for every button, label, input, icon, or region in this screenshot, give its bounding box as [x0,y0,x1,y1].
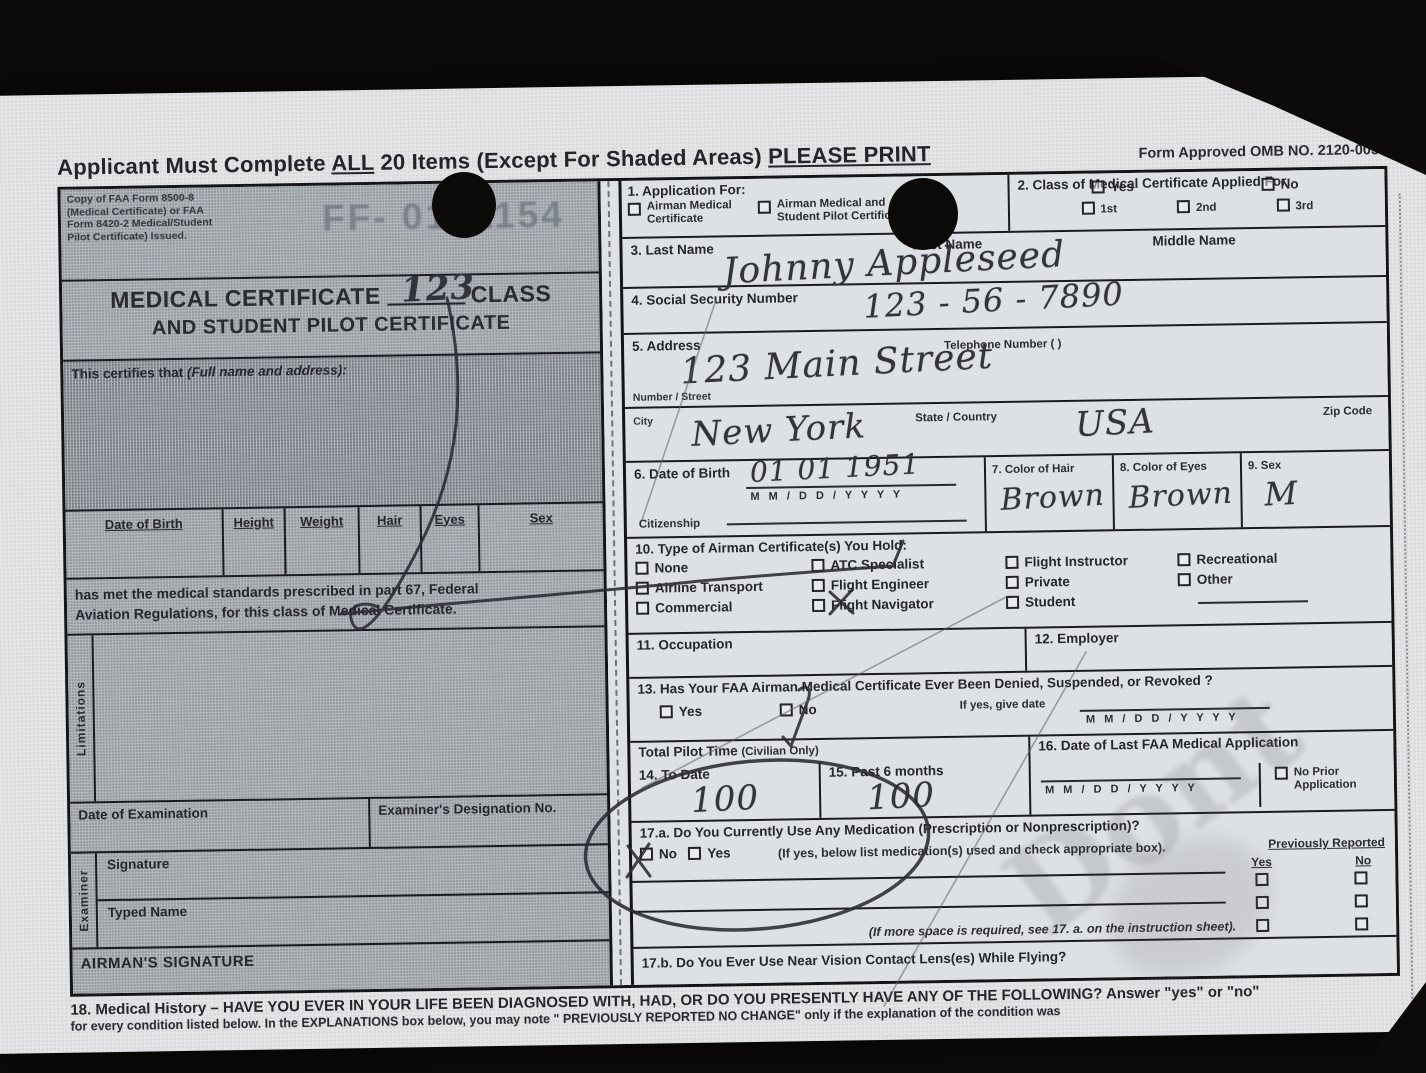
prev-yes-checkbox-2[interactable] [1256,896,1269,909]
student-checkbox[interactable] [1006,596,1019,609]
item-13-row: 13. Has Your FAA Airman Medical Certific… [629,667,1393,743]
other-label: Other [1197,571,1233,587]
airman-medical-checkbox[interactable] [628,203,641,216]
item-8-eyes: 8. Color of Eyes Brown [1114,453,1243,529]
header-instruction-mid: 20 Items (Except For Shaded Areas) [380,144,762,175]
class-3rd-label: 3rd [1295,200,1313,212]
form-main-box: Copy of FAA Form 8500-8 (Medical Certifi… [57,166,1400,997]
examiner-label: Examiner [76,869,91,931]
examiners-designation-label: Examiner's Designation No. [370,795,608,847]
occupation-label: 11. Occupation [629,629,1028,677]
no-prior-line2: Application [1294,778,1357,792]
no-prior-application-checkbox[interactable] [1275,767,1288,780]
item-6-date-of-birth: 6. Date of Birth 01 01 1951 M M / D D / … [626,457,987,537]
application-column: 1. Application For: Airman MedicalCertif… [618,169,1397,985]
medication-line-1 [632,872,1225,883]
pilot-time-and-item-16-row: Total Pilot Time (Civilian Only) 14. To … [630,731,1394,823]
punch-hole-right [888,178,958,250]
employer-label: 12. Employer [1026,623,1392,671]
ssn-label: 4. Social Security Number [631,290,798,308]
copy-note-and-serial: Copy of FAA Form 8500-8 (Medical Certifi… [60,181,598,281]
item-2-label: 2. Class of Medical Certificate Applied … [1017,172,1376,193]
class-1st-checkbox[interactable] [1081,202,1094,215]
q13-yes-checkbox[interactable] [660,705,673,718]
q13-yes-label: Yes [679,704,703,719]
copy-note: Copy of FAA Form 8500-8 (Medical Certifi… [67,190,296,276]
item-16-label: 16. Date of Last FAA Medical Application [1038,733,1385,753]
perforation-dotted-line [1399,194,1414,1034]
item-18-label: 18. Medical History – [70,999,219,1018]
flight-navigator-label: Flight Navigator [831,596,934,613]
item-2-class-applied: 2. Class of Medical Certificate Applied … [1009,169,1385,231]
q13-no-label: No [799,702,817,717]
prev-yes-checkbox-3[interactable] [1256,919,1269,932]
photo-of-faa-medical-form: Applicant Must Complete ALL 20 Items (Ex… [0,0,1426,1073]
q17a-no-label: No [659,846,677,861]
certificate-copy-column: Copy of FAA Form 8500-8 (Medical Certifi… [60,181,613,993]
certificate-title-line1: MEDICAL CERTIFICATE123CLASS [62,279,599,314]
pilot-time-subheader: (Civilian Only) [741,745,819,758]
item-9-sex: 9. Sex M [1242,451,1390,527]
th-eyes: Eyes [421,505,479,532]
prev-yes-checkbox-1[interactable] [1255,873,1268,886]
airmans-signature-label: AIRMAN'S SIGNATURE [72,941,610,993]
punch-hole-left [432,172,496,238]
recreational-label: Recreational [1196,551,1277,567]
header-instruction-pre: Applicant Must Complete [57,151,326,180]
handwritten-country: USA [1074,401,1155,445]
header-please-print: PLEASE PRINT [768,141,931,169]
state-country-label: State / Country [915,411,997,424]
other-checkbox[interactable] [1178,573,1191,586]
handwritten-street: 123 Main Street [679,336,994,393]
citizenship-write-line [727,520,967,526]
item-17a-row: 17.a. Do You Currently Use Any Medicatio… [631,811,1396,949]
private-checkbox[interactable] [1006,576,1019,589]
class-2nd-checkbox[interactable] [1177,200,1190,213]
th-hair: Hair [360,506,422,533]
item-7-hair: 7. Color of Hair Brown [986,455,1115,531]
header-instruction-all: ALL [331,150,374,176]
faa-form-8500-8: Applicant Must Complete ALL 20 Items (Ex… [57,134,1401,1034]
commercial-checkbox[interactable] [636,602,649,615]
class-1st-label: 1st [1100,203,1117,215]
opt-airman-medical-line2: Certificate [647,212,732,226]
item-5-address-row: 5. Address Telephone Number ( ) 123 Main… [624,323,1388,409]
airline-transport-checkbox[interactable] [636,582,649,595]
q17a-no-checkbox[interactable] [640,848,653,861]
examiner-signature-label: Signature [97,845,609,901]
date-of-examination-label: Date of Examination [70,799,371,852]
q17b-yes-label: Yes [1110,179,1134,194]
vitals-table-empty-row [66,529,604,577]
class-write-in-line: 123 [387,302,465,305]
q17a-yes-label: Yes [707,845,731,860]
if-yes-give-date-label: If yes, give date [960,698,1046,711]
atc-specialist-checkbox[interactable] [811,559,824,572]
number-street-label: Number / Street [633,391,711,404]
certificate-title-line2: AND STUDENT PILOT CERTIFICATE [63,310,600,341]
td-eyes [422,531,481,572]
handwritten-city: New York [690,406,866,455]
hair-label: 7. Color of Hair [992,463,1075,476]
limitations-blank-area [93,627,607,801]
examiner-typed-name-label: Typed Name [98,893,610,947]
handwritten-eyes: Brown [1128,476,1234,516]
certifies-label: This certifies that [71,365,183,382]
handwritten-6month-hours: 100 [866,775,936,818]
q17b-no-label: No [1280,176,1298,191]
th-sex: Sex [479,503,602,531]
flight-instructor-label: Flight Instructor [1024,553,1128,570]
limitations-label-cell: Limitations [67,635,96,801]
certifies-label-italic: (Full name and address): [187,362,347,380]
td-sex [480,529,604,571]
q13-date-mask: M M / D D / Y Y Y Y [1086,711,1239,725]
recreational-checkbox[interactable] [1177,553,1190,566]
q16-date-line [1041,777,1241,782]
vitals-table: Date of Birth Height Weight Hair Eyes Se… [66,503,604,579]
title-class-word: CLASS [471,280,552,307]
dob-label: 6. Date of Birth [634,465,730,482]
examiner-label-cell: Examiner [71,853,98,947]
flight-engineer-checkbox[interactable] [812,579,825,592]
commercial-label: Commercial [655,599,733,615]
no-prior-line1: No Prior [1294,765,1357,779]
flight-instructor-checkbox[interactable] [1005,556,1018,569]
limitations-box: Limitations [67,627,607,803]
item-16-last-application: 16. Date of Last FAA Medical Application… [1030,731,1394,815]
zip-code-label: Zip Code [1323,405,1372,418]
medical-standards-note: has met the medical standards prescribed… [67,571,605,635]
previously-reported-checkboxes [1255,871,1374,932]
airline-transport-label: Airline Transport [655,579,763,596]
prev-no-checkbox-1[interactable] [1354,871,1367,884]
examiner-block: Examiner Signature Typed Name [71,845,609,949]
class-2nd-label: 2nd [1196,202,1217,214]
last-name-label: 3. Last Name [630,242,714,258]
td-date-of-birth [66,535,225,577]
flight-engineer-label: Flight Engineer [831,576,929,593]
item-18-answer-note: Answer "yes" or "no" [1106,983,1260,1002]
other-write-line [1198,600,1308,604]
examination-row: Date of Examination Examiner's Designati… [70,795,608,853]
item-10-certificates-row: 10. Type of Airman Certificate(s) You Ho… [627,527,1391,635]
prev-yes-label: Yes [1251,855,1272,869]
flight-navigator-checkbox[interactable] [812,599,825,612]
th-date-of-birth: Date of Birth [66,509,224,537]
q16-divider [1259,763,1262,807]
atc-specialist-label: ATC Specialist [830,556,924,572]
paper-sheet: Applicant Must Complete ALL 20 Items (Ex… [0,73,1426,1054]
title-medical-certificate: MEDICAL CERTIFICATE [110,283,381,313]
q13-date-line [1080,707,1270,712]
q16-date-mask: M M / D D / Y Y Y Y [1045,782,1198,796]
prev-no-label: No [1355,853,1371,867]
q13-no-checkbox[interactable] [780,703,793,716]
td-height [224,534,287,575]
item-6-7-8-9-row: 6. Date of Birth 01 01 1951 M M / D D / … [626,451,1390,539]
prev-no-checkbox-3[interactable] [1355,917,1368,930]
eyes-label: 8. Color of Eyes [1120,461,1207,474]
private-label: Private [1025,574,1070,590]
dob-date-mask: M M / D D / Y Y Y Y [750,489,903,503]
pilot-time-header: Total Pilot Time [638,743,737,760]
student-label: Student [1025,594,1075,610]
city-label: City [633,416,653,428]
td-weight [286,533,361,574]
prev-no-checkbox-2[interactable] [1355,894,1368,907]
class-3rd-checkbox[interactable] [1276,198,1289,211]
opt-airman-medical-line1: Airman Medical [647,199,732,213]
handwritten-total-hours: 100 [690,778,760,821]
th-height: Height [224,508,286,535]
total-pilot-time: Total Pilot Time (Civilian Only) 14. To … [630,737,1031,821]
handwritten-hair: Brown [1000,478,1106,518]
airman-medical-student-checkbox[interactable] [758,201,771,214]
handwritten-sex: M [1263,474,1299,514]
td-hair [360,532,423,573]
none-checkbox[interactable] [635,562,648,575]
q17a-note: (If yes, below list medication(s) used a… [778,841,1166,861]
limitations-label: Limitations [73,681,88,756]
middle-name-label: Middle Name [1152,232,1236,248]
q17a-yes-checkbox[interactable] [688,847,701,860]
q17b-no-checkbox[interactable] [1261,178,1274,191]
certificate-title: MEDICAL CERTIFICATE123CLASS AND STUDENT … [62,273,600,361]
previously-reported-label: Previously Reported [1268,835,1385,851]
more-space-note: (If more space is required, see 17. a. o… [869,919,1237,939]
q17b-yes-checkbox[interactable] [1091,180,1104,193]
citizenship-label: Citizenship [639,518,701,531]
handwritten-class: 123 [400,267,476,311]
none-label: None [654,560,688,576]
form-approved-note: Form Approved OMB NO. 2120-0034 [1138,142,1387,164]
medication-line-2 [633,902,1226,913]
certifies-box: This certifies that (Full name and addre… [63,353,602,511]
serial-prefix: FF- [322,197,389,239]
sex-label: 9. Sex [1248,460,1281,473]
th-weight: Weight [286,507,360,534]
item-17b-label: 17.b. Do You Ever Use Near Vision Contac… [642,949,1067,971]
